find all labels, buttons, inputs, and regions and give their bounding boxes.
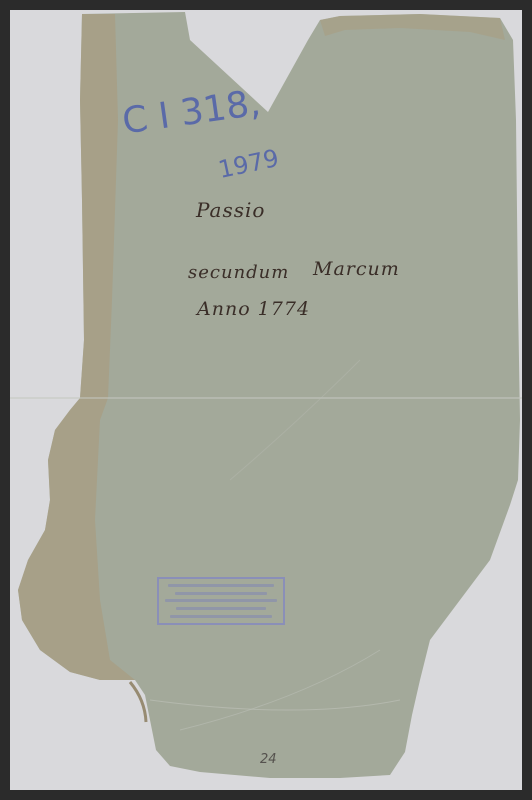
folio-number: 24 [260,752,277,767]
library-stamp [157,577,285,625]
stamp-line [175,592,268,595]
title-passio: Passio [196,198,265,222]
title-marcum: Marcum [313,258,400,280]
title-year: Anno 1774 [197,298,310,320]
stamp-line [168,584,275,587]
title-secundum: secundum [188,262,289,283]
cover-paper [0,0,532,800]
stamp-line [176,607,266,610]
stamp-line [170,615,272,618]
scanned-page: C I 318, 1979 Passio secundum Marcum Ann… [0,0,532,800]
stamp-line [165,599,276,602]
